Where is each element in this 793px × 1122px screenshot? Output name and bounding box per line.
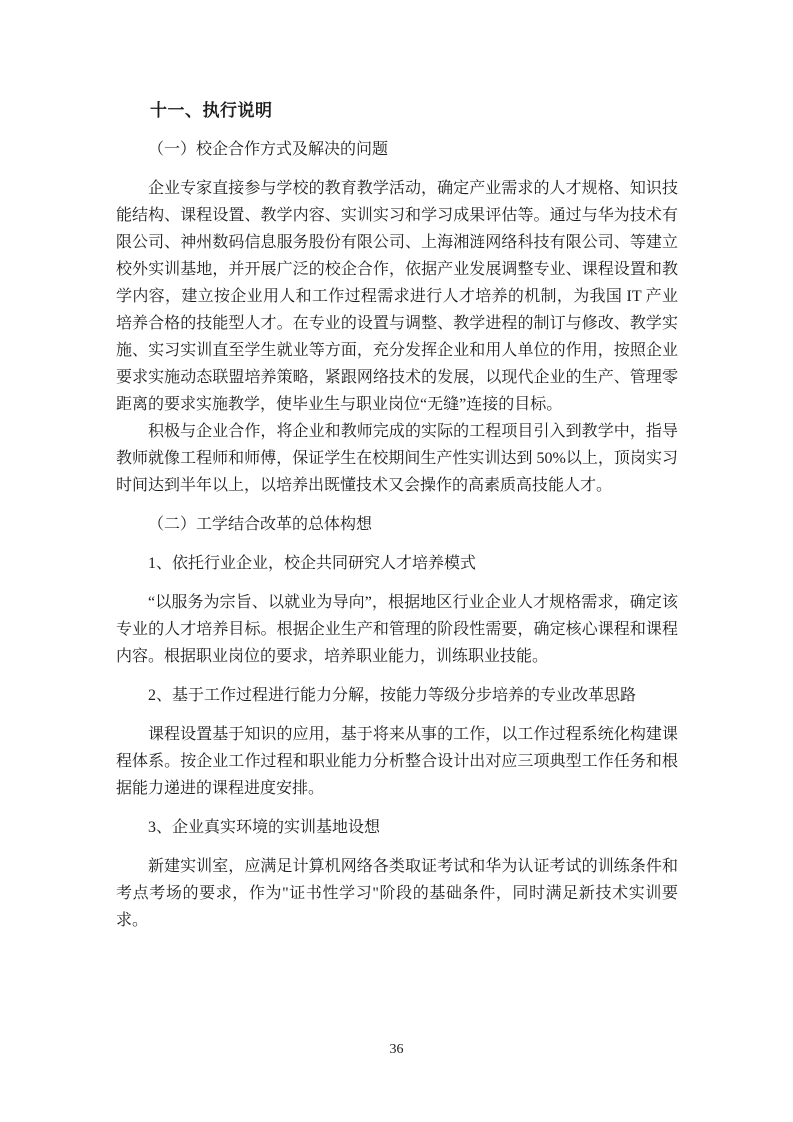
document-page: 十一、执行说明 （一）校企合作方式及解决的问题 企业专家直接参与学校的教育教学活… (0, 0, 793, 1122)
body-paragraph: 课程设置基于知识的应用，基于将来从事的工作，以工作过程系统化构建课程体系。按企业… (116, 721, 678, 802)
page-number: 36 (0, 1040, 793, 1060)
subsection-heading: （二）工学结合改革的总体构想 (116, 511, 678, 538)
body-paragraph: 企业专家直接参与学校的教育教学活动，确定产业需求的人才规格、知识技能结构、课程设… (116, 175, 678, 418)
numbered-item-heading: 3、企业真实环境的实训基地设想 (116, 814, 678, 841)
section-heading: 十一、执行说明 (116, 97, 678, 124)
body-paragraph: “以服务为宗旨、以就业为导向”，根据地区行业企业人才规格需求，确定该专业的人才培… (116, 589, 678, 670)
body-paragraph: 新建实训室，应满足计算机网络各类取证考试和华为认证考试的训练条件和考点考场的要求… (116, 853, 678, 934)
numbered-item-heading: 1、依托行业企业，校企共同研究人才培养模式 (116, 550, 678, 577)
numbered-item-heading: 2、基于工作过程进行能力分解，按能力等级分步培养的专业改革思路 (116, 682, 678, 709)
subsection-heading: （一）校企合作方式及解决的问题 (116, 136, 678, 163)
body-paragraph: 积极与企业合作，将企业和教师完成的实际的工程项目引入到教学中，指导教师就像工程师… (116, 418, 678, 499)
document-body: 十一、执行说明 （一）校企合作方式及解决的问题 企业专家直接参与学校的教育教学活… (116, 97, 678, 934)
